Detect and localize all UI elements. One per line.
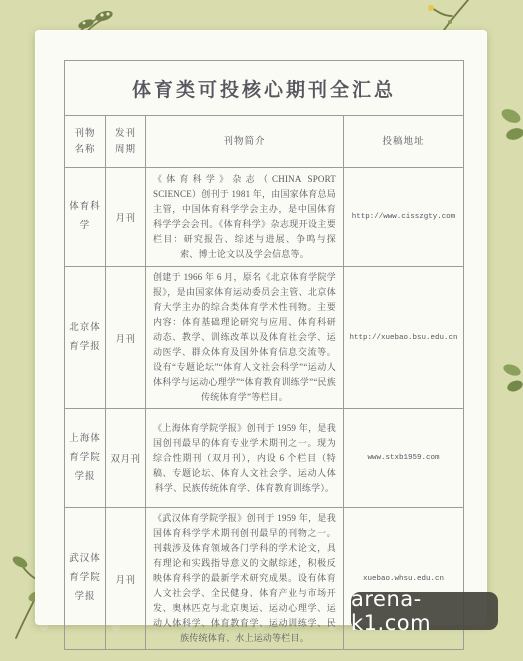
- table-row: 上海体育学院学报 双月刊 《上海体育学院学报》创刊于 1959 年，是我国创刊最…: [65, 409, 464, 508]
- journal-name: 北京体育学报: [65, 267, 106, 409]
- journal-intro: 《武汉体育学院学报》创刊于 1959 年，是我国体育科学学术期刊创刊最早的刊物之…: [146, 508, 344, 650]
- journal-address: www.stxb1959.com: [344, 409, 464, 508]
- watermark-badge: arena-k1.com: [351, 592, 498, 630]
- table-header-row: 刊物名称 发刊周期 刊物简介 投稿地址: [65, 116, 464, 168]
- leaf-icon: [498, 360, 523, 400]
- journal-address: http://xuebao.bsu.edu.cn: [344, 267, 464, 409]
- journal-period: 月刊: [106, 508, 146, 650]
- journal-intro: 创建于 1966 年 6 月，原名《北京体育学院学报》，是由国家体育运动委员会主…: [146, 267, 344, 409]
- column-header-address: 投稿地址: [344, 116, 464, 168]
- leaf-icon: [493, 104, 523, 150]
- journal-name: 体育科学: [65, 168, 106, 267]
- journal-period: 双月刊: [106, 409, 146, 508]
- journal-address: http://www.cisszgty.com: [344, 168, 464, 267]
- journal-intro: 《体育科学》杂志（CHINA SPORT SCIENCE）创刊于 1981 年，…: [146, 168, 344, 267]
- journal-name: 上海体育学院学报: [65, 409, 106, 508]
- column-header-period: 发刊周期: [106, 116, 146, 168]
- journal-name: 武汉体育学院学报: [65, 508, 106, 650]
- journal-period: 月刊: [106, 267, 146, 409]
- paper-sheet: 体育类可投核心期刊全汇总 刊物名称 发刊周期 刊物简介 投稿地址 体育科学 月刊…: [35, 30, 487, 625]
- journal-table: 体育类可投核心期刊全汇总 刊物名称 发刊周期 刊物简介 投稿地址 体育科学 月刊…: [64, 60, 464, 650]
- page-title: 体育类可投核心期刊全汇总: [65, 61, 464, 116]
- table-row: 北京体育学报 月刊 创建于 1966 年 6 月，原名《北京体育学院学报》，是由…: [65, 267, 464, 409]
- table-row: 体育科学 月刊 《体育科学》杂志（CHINA SPORT SCIENCE）创刊于…: [65, 168, 464, 267]
- page-background: { "page": { "title": "体育类可投核心期刊全汇总", "wa…: [0, 0, 523, 661]
- journal-period: 月刊: [106, 168, 146, 267]
- table-title-row: 体育类可投核心期刊全汇总: [65, 61, 464, 116]
- column-header-intro: 刊物简介: [146, 116, 344, 168]
- journal-intro: 《上海体育学院学报》创刊于 1959 年，是我国创刊最早的体育专业学术期刊之一。…: [146, 409, 344, 508]
- column-header-journal-name: 刊物名称: [65, 116, 106, 168]
